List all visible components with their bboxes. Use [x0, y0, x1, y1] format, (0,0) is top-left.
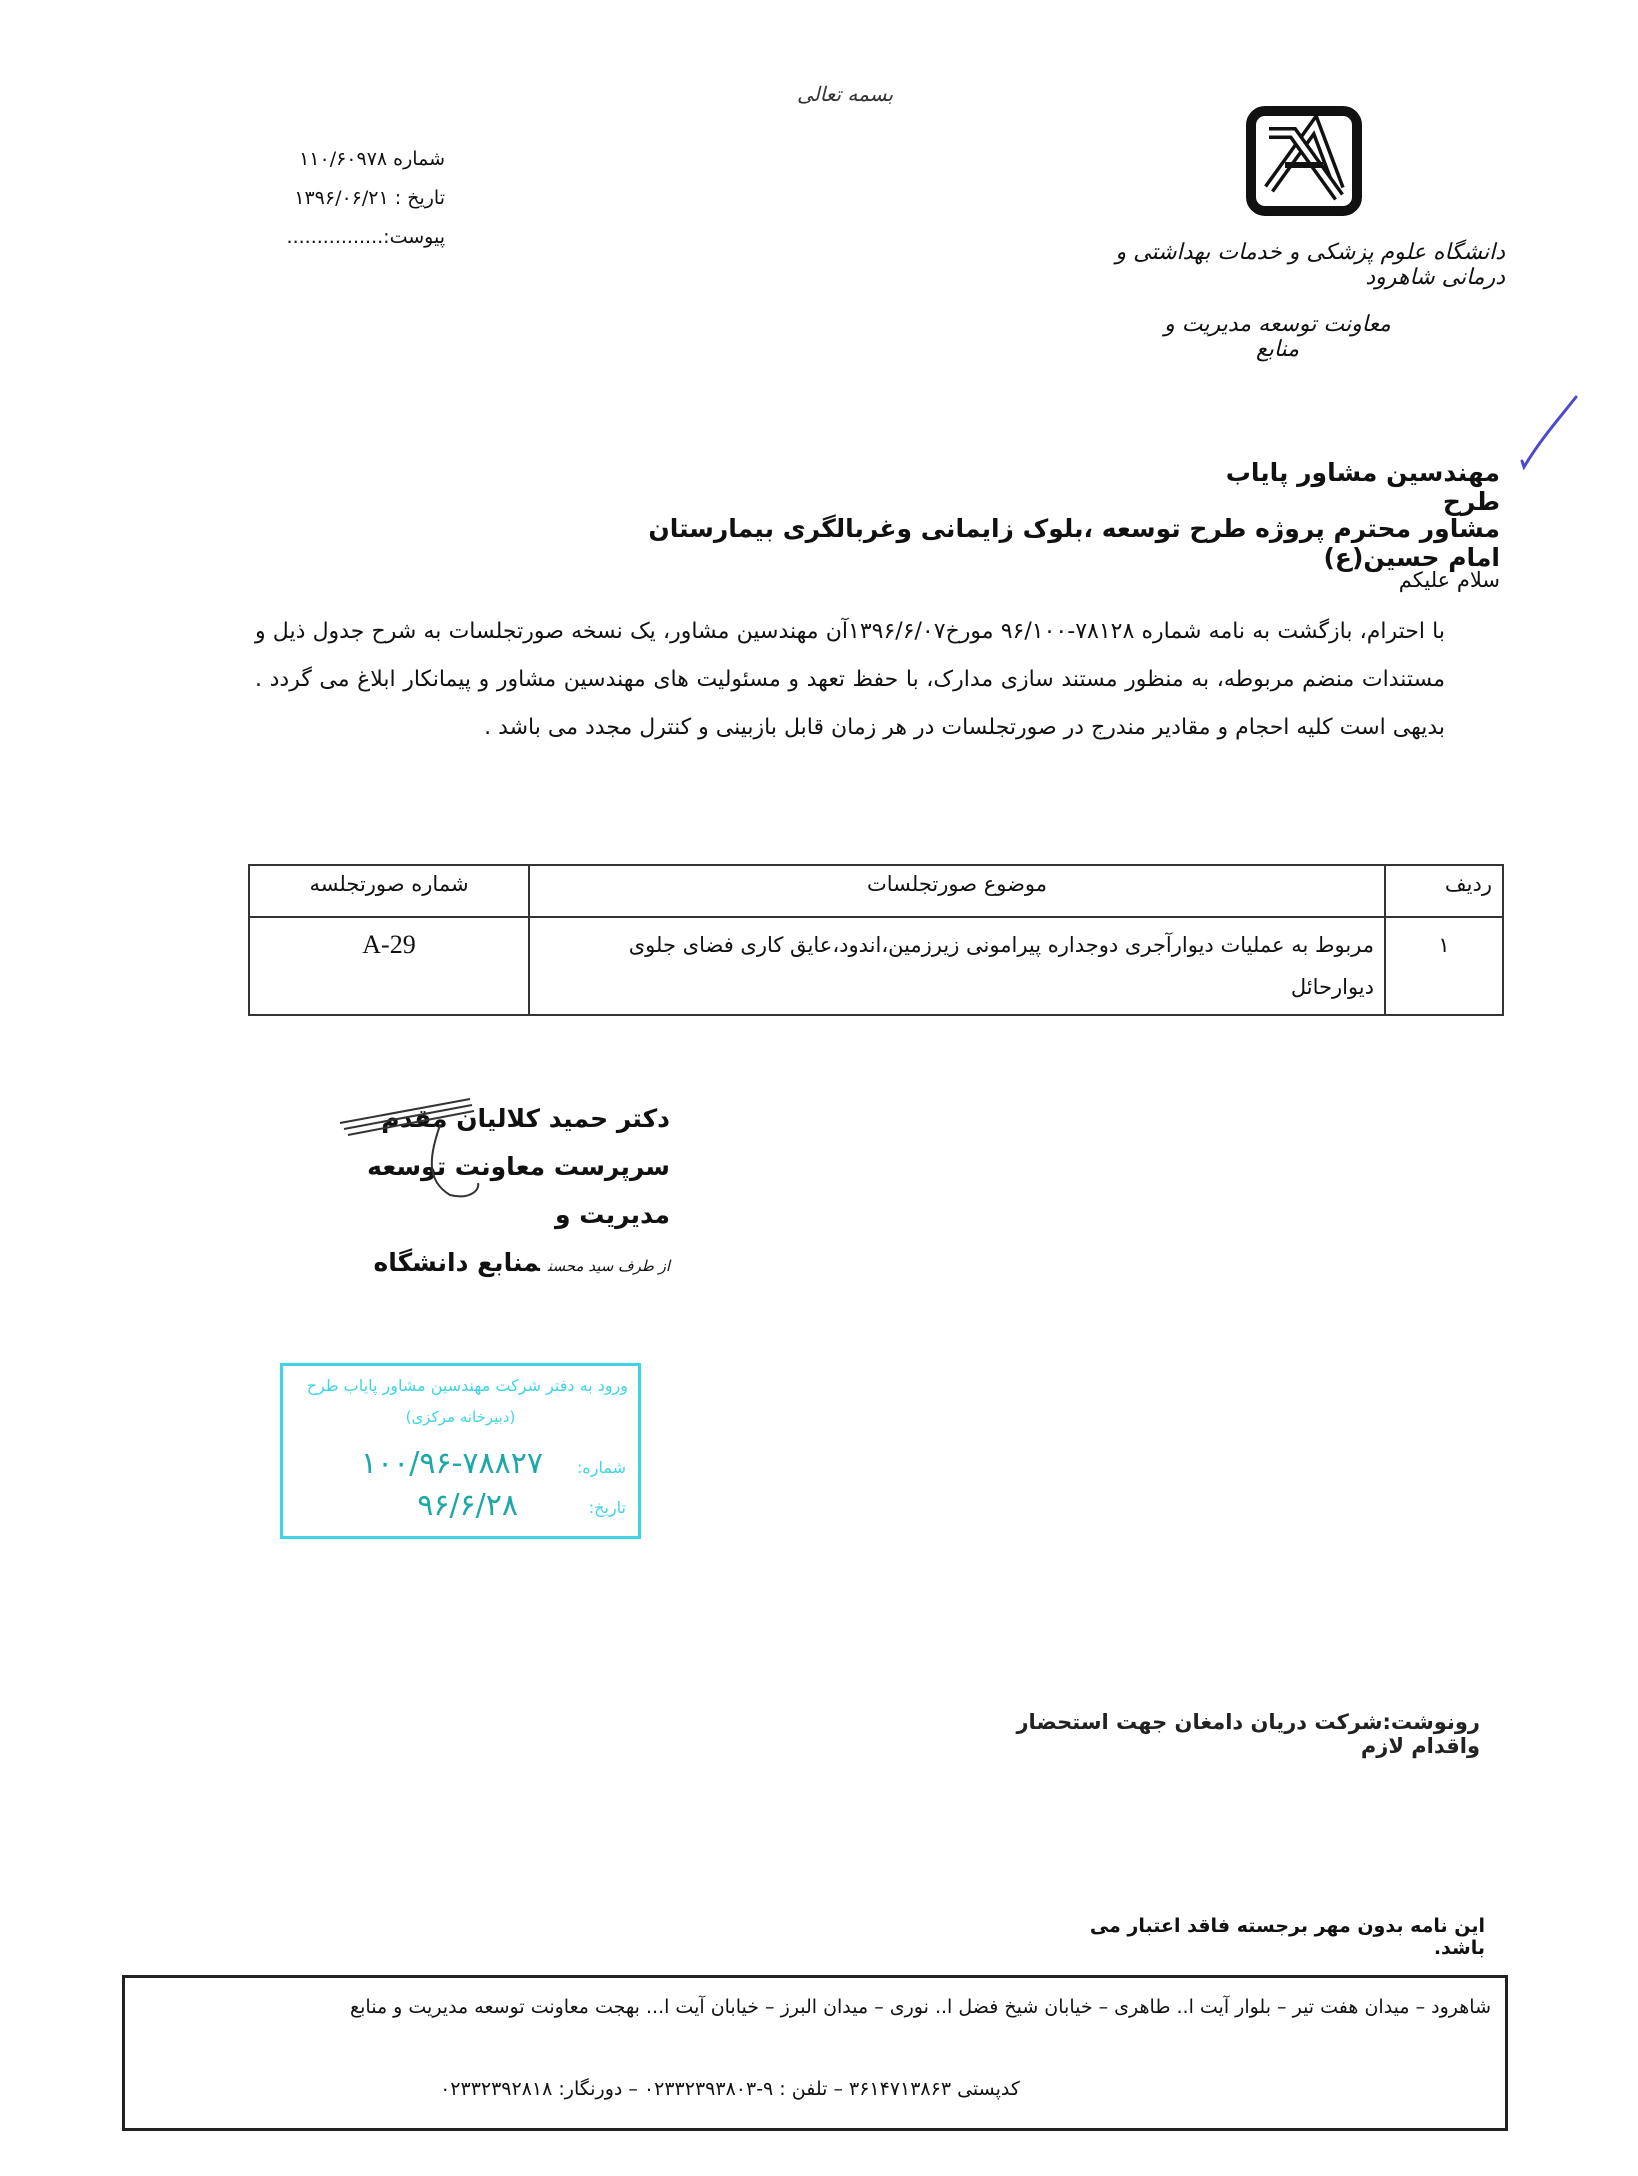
handwritten-signature-icon [330, 1095, 480, 1215]
on-behalf-note: از طرف سید محسن [548, 1257, 670, 1275]
addressee: مهندسین مشاور پایاب طرح [1200, 458, 1500, 516]
letter-date-value: ۱۳۹۶/۰۶/۲۱ [294, 187, 388, 209]
university-name: دانشگاه علوم پزشکی و خدمات بهداشتی و درم… [1110, 240, 1505, 290]
footer-address: شاهرود – میدان هفت تیر – بلوار آیت ا.. ط… [131, 1996, 1491, 2018]
letter-number-label: شماره [393, 148, 445, 170]
body-paragraph-text: با احترام، بازگشت به نامه شماره ۷۸۱۲۸-۹۶… [255, 608, 1505, 752]
stamp-subtitle: (دبیرخانه مرکزی) [283, 1408, 638, 1426]
checkmark-icon [1518, 395, 1578, 475]
basmala-heading: بسمه تعالی [780, 82, 910, 106]
signatory-title-continued: از طرف سید محسنمنابع دانشگاه [300, 1239, 670, 1290]
header-minutes-number: شماره صورتجلسه [249, 865, 529, 917]
carbon-copy-note: رونوشت:شرکت دریان دامغان جهت استحضار واق… [950, 1710, 1480, 1758]
greeting: سلام علیکم [1300, 568, 1500, 592]
table-row: ۱ مربوط به عملیات دیوارآجری دوجداره پیرا… [249, 917, 1503, 1015]
letter-attachment-label: پیوست: [383, 226, 445, 248]
stamp-number-value: ۱۰۰/۹۶-۷۸۸۲۷ [361, 1446, 543, 1481]
body-paragraph: با احترام، بازگشت به نامه شماره ۷۸۱۲۸-۹۶… [255, 608, 1505, 752]
table-header-row: ردیف موضوع صورتجلسات شماره صورتجلسه [249, 865, 1503, 917]
letter-date-label: تاریخ : [395, 187, 445, 209]
header-subject: موضوع صورتجلسات [529, 865, 1385, 917]
footer-address-box: شاهرود – میدان هفت تیر – بلوار آیت ا.. ط… [122, 1975, 1508, 2131]
letter-attachment: پیوست:................ [200, 218, 445, 257]
stamp-number-label: شماره: [577, 1458, 626, 1477]
department-name: معاونت توسعه مدیریت و منابع [1150, 312, 1405, 362]
stamp-date-label: تاریخ: [589, 1498, 626, 1517]
receipt-stamp: ورود به دفتر شرکت مهندسین مشاور پایاب طر… [280, 1363, 641, 1539]
validity-notice: این نامه بدون مهر برجسته فاقد اعتبار می … [1040, 1915, 1485, 1959]
stamp-date-value: ۹۶/۶/۲۸ [417, 1488, 518, 1523]
cell-minutes-number: A-29 [249, 917, 529, 1015]
letter-metadata: شماره ۱۱۰/۶۰۹۷۸ تاریخ : ۱۳۹۶/۰۶/۲۱ پیوست… [200, 140, 445, 257]
minutes-table: ردیف موضوع صورتجلسات شماره صورتجلسه ۱ مر… [248, 864, 1504, 1016]
signatory-title-line2: منابع دانشگاه [373, 1248, 539, 1277]
cell-row-number: ۱ [1385, 917, 1503, 1015]
footer-contact: کدپستی ۳۶۱۴۷۱۳۸۶۳ – تلفن : ۹-۰۲۳۳۲۳۹۳۸۰۳… [125, 2078, 1505, 2100]
cell-subject: مربوط به عملیات دیوارآجری دوجداره پیرامو… [529, 917, 1385, 1015]
letter-date: تاریخ : ۱۳۹۶/۰۶/۲۱ [200, 179, 445, 218]
letter-number-value: ۱۱۰/۶۰۹۷۸ [299, 148, 387, 170]
letter-subject: مشاور محترم پروژه طرح توسعه ،بلوک زایمان… [600, 514, 1500, 572]
university-knot-logo-icon [1245, 105, 1363, 217]
letter-attachment-value: ................ [287, 226, 384, 248]
header-row-number: ردیف [1385, 865, 1503, 917]
letter-number: شماره ۱۱۰/۶۰۹۷۸ [200, 140, 445, 179]
stamp-title: ورود به دفتر شرکت مهندسین مشاور پایاب طر… [307, 1376, 628, 1395]
